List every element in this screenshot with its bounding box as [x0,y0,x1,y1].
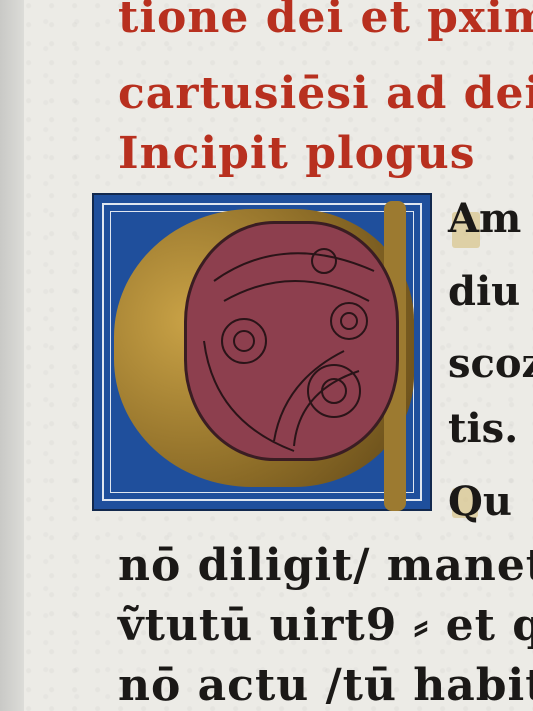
side-text-line: scoz [448,340,533,387]
pen-work-scroll-icon [184,221,399,461]
body-line-1: nō diligit/ manet i [118,540,533,591]
rubric-line-2: cartusiēsi ad dei la [118,68,533,119]
side-text-line: Qu [448,478,512,525]
side-text-line: tis. [448,405,518,452]
side-text-line: diu [448,268,520,315]
body-line-2: ṽtutū uirt9 ⸗ et qu [118,600,533,651]
rubric-heading-incipit: Incipit plogus [118,128,476,179]
body-line-3: nō actu /tū habitu [118,660,533,711]
illuminated-initial [92,193,437,511]
background-surface [0,0,24,711]
rubric-line-1: tione dei et pximi [118,0,533,43]
side-text-line: Am [448,195,521,242]
